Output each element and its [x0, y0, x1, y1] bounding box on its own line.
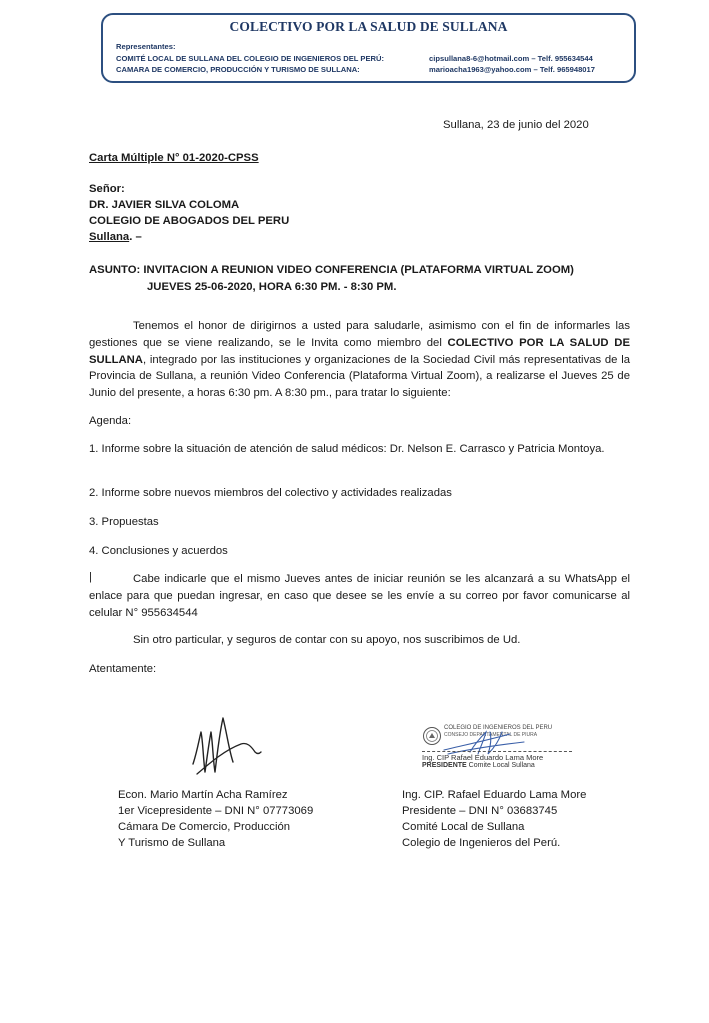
note-text: Cabe indicarle que el mismo Jueves antes…: [89, 573, 630, 619]
signatory-left: Econ. Mario Martín Acha Ramírez 1er Vice…: [118, 787, 313, 851]
signatory-org: Y Turismo de Sullana: [118, 835, 313, 851]
recipient-institution: COLEGIO DE ABOGADOS DEL PERU: [89, 214, 289, 229]
agenda-item: 3. Propuestas: [89, 515, 159, 530]
signatory-role: Presidente – DNI N° 03683745: [402, 803, 586, 819]
stamp-line-3: Ing. CIP Rafael Eduardo Lama More: [422, 753, 543, 762]
agenda-item: 1. Informe sobre la situación de atenció…: [89, 441, 630, 458]
subject-line-1: ASUNTO: INVITACION A REUNION VIDEO CONFE…: [89, 263, 574, 278]
signatory-right: Ing. CIP. Rafael Eduardo Lama More Presi…: [402, 787, 586, 851]
representative-contact: cipsullana8-6@hotmail.com – Telf. 955634…: [429, 54, 593, 63]
note-paragraph: |Cabe indicarle que el mismo Jueves ante…: [89, 571, 630, 621]
closing-text: Sin otro particular, y seguros de contar…: [133, 633, 520, 648]
representative-contact: marioacha1963@yahoo.com – Telf. 96594801…: [429, 65, 595, 74]
letter-page: COLECTIVO POR LA SALUD DE SULLANA Repres…: [0, 0, 709, 1023]
salutation: Señor:: [89, 182, 125, 197]
signatory-name: Econ. Mario Martín Acha Ramírez: [118, 787, 313, 803]
stamp-title: PRESIDENTE: [422, 762, 467, 769]
recipient-city: Sullana: [89, 231, 129, 243]
recipient-city-line: Sullana. –: [89, 230, 142, 245]
signatory-org: Comité Local de Sullana: [402, 819, 586, 835]
signatory-role: 1er Vicepresidente – DNI N° 07773069: [118, 803, 313, 819]
official-stamp: COLEGIO DE INGENIEROS DEL PERU CONSEJO D…: [420, 722, 580, 777]
recipient-city-suffix: . –: [129, 231, 142, 243]
subject-line-2: JUEVES 25-06-2020, HORA 6:30 PM. - 8:30 …: [147, 280, 396, 295]
signatory-name: Ing. CIP. Rafael Eduardo Lama More: [402, 787, 586, 803]
seal-emblem-icon: [422, 726, 442, 746]
letterhead-box: COLECTIVO POR LA SALUD DE SULLANA Repres…: [101, 13, 636, 83]
agenda-label: Agenda:: [89, 414, 131, 429]
stamp-org: Comite Local Sullana: [467, 762, 535, 769]
recipient-name: DR. JAVIER SILVA COLOMA: [89, 198, 239, 213]
sign-off: Atentamente:: [89, 662, 156, 677]
letterhead-title: COLECTIVO POR LA SALUD DE SULLANA: [103, 19, 634, 35]
representatives-label: Representantes:: [116, 42, 176, 51]
representative-org: CAMARA DE COMERCIO, PRODUCCIÓN Y TURISMO…: [116, 65, 360, 74]
stamp-line-4: PRESIDENTE Comite Local Sullana: [422, 762, 535, 769]
signatory-org: Cámara De Comercio, Producción: [118, 819, 313, 835]
body-intro-paragraph: Tenemos el honor de dirigirnos a usted p…: [89, 318, 630, 402]
representative-org: COMITÉ LOCAL DE SULLANA DEL COLEGIO DE I…: [116, 54, 384, 63]
agenda-item: 4. Conclusiones y acuerdos: [89, 544, 228, 559]
letter-reference: Carta Múltiple N° 01-2020-CPSS: [89, 151, 259, 166]
signatory-org: Colegio de Ingenieros del Perú.: [402, 835, 586, 851]
body-intro-part2: , integrado por las instituciones y orga…: [89, 354, 630, 400]
letter-date: Sullana, 23 de junio del 2020: [443, 118, 589, 133]
stamp-divider: [422, 751, 572, 752]
text-cursor-marker: |: [89, 569, 92, 586]
agenda-item: 2. Informe sobre nuevos miembros del col…: [89, 486, 452, 501]
handwritten-signature-left: [185, 712, 265, 782]
